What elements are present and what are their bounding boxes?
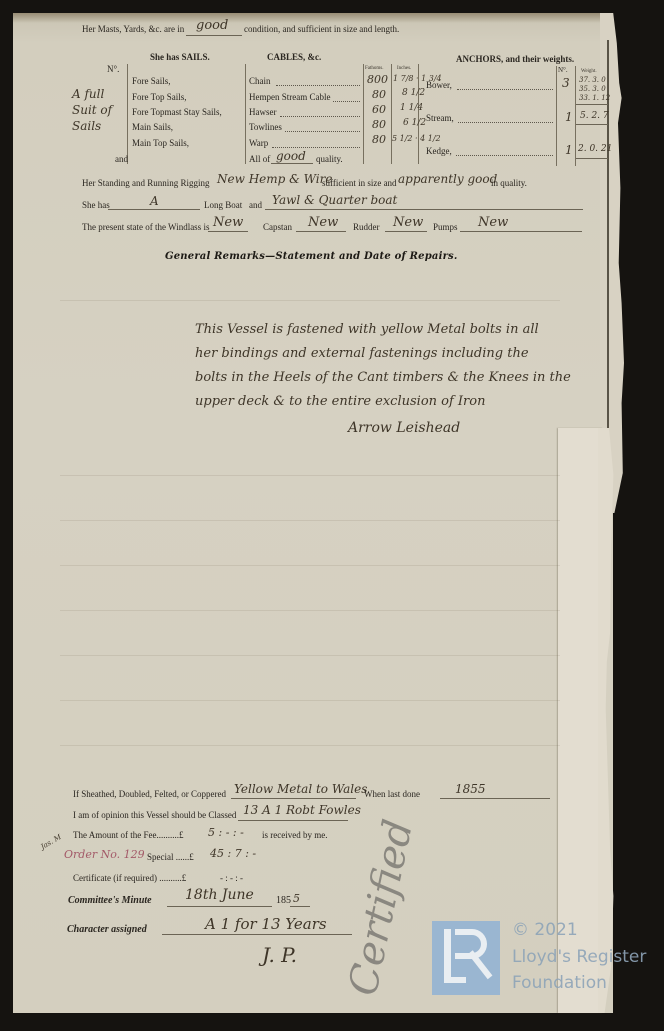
cables-quality-suffix: quality. (316, 154, 343, 164)
cable-fathoms: 80 (372, 88, 386, 101)
sails-no-header: N°. (107, 64, 119, 74)
ruled-line (60, 475, 560, 476)
sails-and-label: and (115, 154, 128, 164)
column-rule (556, 66, 557, 166)
character-assigned-label: Character assigned (67, 924, 147, 935)
order-number-note: Order No. 129 (64, 848, 145, 861)
document-page (13, 13, 613, 1013)
cable-inches: 5 1/2 · 4 1/2 (392, 134, 441, 143)
anchor-no-header: N°. (558, 66, 568, 74)
special-value: 45 : 7 : - (210, 847, 256, 860)
fee-value: 5 : - : - (208, 826, 244, 839)
ruled-line (60, 565, 560, 566)
leader-dots (280, 116, 360, 117)
cable-inches: 6 1/2 (403, 118, 426, 128)
remarks-line: her bindings and external fastenings inc… (195, 346, 529, 361)
fathoms-header: Fathoms. (365, 66, 383, 71)
initials-signature: J. P. (262, 943, 297, 967)
ruled-line (60, 610, 560, 611)
sail-item: Main Sails, (132, 122, 173, 132)
underline (290, 906, 310, 907)
cable-label: Warp (249, 138, 268, 148)
anchor-weight: 33. 1. 12 (579, 94, 610, 102)
rudder-value: New (393, 215, 423, 230)
ruled-line (60, 655, 560, 656)
leader-dots (285, 131, 360, 132)
anchor-label: Bower, (426, 80, 452, 90)
anchor-weight-header: Weight. (581, 69, 597, 74)
underline (576, 158, 608, 159)
anchor-no: 1 (565, 143, 573, 157)
certificate-label: Certificate (if required) ..........£ (73, 873, 186, 883)
certificate-value: - : - : - (220, 873, 243, 883)
general-remarks-heading: General Remarks—Statement and Date of Re… (165, 251, 458, 262)
anchor-no: 1 (565, 110, 573, 124)
anchor-weight: 2. 0. 21 (578, 144, 612, 154)
anchor-label: Stream, (426, 113, 454, 123)
cable-label: Chain (249, 76, 271, 86)
rigging-quality-value: apparently good (398, 172, 497, 186)
leader-dots (276, 85, 360, 86)
ruled-line (60, 300, 560, 301)
underline (208, 231, 248, 232)
fee-suffix: is received by me. (262, 830, 327, 840)
masts-label: Her Masts, Yards, &c. are in (82, 24, 184, 34)
underline (231, 798, 356, 799)
leader-dots (457, 89, 553, 90)
underline (576, 124, 608, 125)
pumps-label: Pumps (433, 222, 458, 232)
sail-item: Main Top Sails, (132, 138, 189, 148)
lr-logo-l-stroke (444, 929, 451, 983)
watermark-copyright: © 2021 (512, 920, 578, 940)
windlass-value: New (213, 215, 243, 230)
underline (460, 231, 582, 232)
boats-and: and (249, 200, 262, 210)
cable-inches: 1 1/4 (400, 103, 423, 113)
anchor-label: Kedge, (426, 146, 452, 156)
sail-item: Fore Sails, (132, 76, 171, 86)
sail-item: Fore Top Sails, (132, 92, 186, 102)
cable-label: Hawser (249, 107, 277, 117)
pumps-value: New (478, 215, 508, 230)
watermark-line2: Foundation (512, 973, 607, 993)
sails-header: She has SAILS. (150, 52, 210, 62)
underline (186, 35, 242, 36)
watermark-line1: Lloyd's Register (512, 947, 646, 967)
boats-label: She has (82, 200, 110, 210)
committee-minute-date: 18th June (185, 887, 254, 903)
column-rule (127, 64, 128, 164)
rudder-label: Rudder (353, 222, 380, 232)
leader-dots (458, 122, 553, 123)
cable-fathoms: 60 (372, 103, 386, 116)
cables-quality-label: All of (249, 154, 270, 164)
cable-label: Towlines (249, 122, 282, 132)
rigging-value: New Hemp & Wire (217, 172, 332, 186)
underline (238, 820, 348, 821)
cable-fathoms: 80 (372, 133, 386, 146)
underline (576, 104, 608, 105)
remarks-line: This Vessel is fastened with yellow Meta… (195, 322, 539, 337)
classed-value: 13 A 1 Robt Fowles (243, 803, 361, 817)
sheathed-value: Yellow Metal to Wales (234, 782, 367, 796)
ruled-line (60, 700, 560, 701)
remarks-line: upper deck & to the entire exclusion of … (195, 394, 485, 409)
leader-dots (456, 155, 553, 156)
cable-inches: 8 1/2 (402, 88, 425, 98)
classed-label: I am of opinion this Vessel should be Cl… (73, 810, 236, 820)
masts-condition-value: good (196, 18, 228, 33)
anchor-no: 3 (562, 76, 570, 90)
column-rule (245, 64, 246, 164)
committee-minute-label: Committee's Minute (68, 895, 152, 906)
rigging-label: Her Standing and Running Rigging (82, 178, 210, 188)
sheathed-label: If Sheathed, Doubled, Felted, or Coppere… (73, 789, 226, 799)
committee-year-prefix: 185 (276, 895, 291, 906)
other-boats-value: Yawl & Quarter boat (272, 193, 397, 207)
underline (265, 209, 583, 210)
anchor-weight: 5. 2. 7 (580, 111, 609, 121)
when-last-done-value: 1855 (455, 782, 486, 796)
anchor-weight: 35. 3. 0 (579, 85, 606, 93)
leader-dots (333, 101, 360, 102)
rigging-middle: sufficient in size and (322, 178, 397, 188)
ruled-line (60, 745, 560, 746)
remarks-line: bolts in the Heels of the Cant timbers &… (195, 370, 571, 385)
capstan-value: New (308, 215, 338, 230)
underline (440, 798, 550, 799)
capstan-label: Capstan (263, 222, 292, 232)
underline (162, 934, 352, 935)
leader-dots (272, 147, 360, 148)
underline (271, 163, 313, 164)
anchors-header: ANCHORS, and their weights. (456, 54, 574, 64)
cables-header: CABLES, &c. (267, 52, 321, 62)
underline (167, 906, 272, 907)
column-rule (363, 64, 364, 164)
sail-item: Fore Topmast Stay Sails, (132, 107, 222, 117)
lr-logo-l-base (444, 977, 466, 983)
cable-label: Hempen Stream Cable (249, 92, 330, 102)
rigging-suffix: in quality. (491, 178, 527, 188)
column-rule (575, 66, 576, 166)
windlass-label: The present state of the Windlass is (82, 222, 209, 232)
special-label: Special ......£ (147, 852, 194, 862)
cable-fathoms: 80 (372, 118, 386, 131)
character-assigned-value: A 1 for 13 Years (205, 915, 327, 933)
surveyor-signature: Arrow Leishead (348, 420, 460, 436)
cable-fathoms: 800 (367, 73, 388, 86)
underline (108, 209, 200, 210)
column-rule (391, 64, 392, 164)
sails-handwritten-note: A full Suit of Sails (72, 86, 127, 134)
ruled-line (60, 520, 560, 521)
underline (385, 231, 427, 232)
cables-quality-value: good (276, 149, 306, 163)
masts-suffix: condition, and sufficient in size and le… (244, 24, 399, 34)
fee-label: The Amount of the Fee..........£ (73, 830, 183, 840)
long-boat-label: Long Boat (204, 200, 242, 210)
committee-year-suffix: 5 (293, 892, 300, 905)
when-last-done-label: When last done (364, 789, 420, 799)
inches-header: Inches. (397, 66, 411, 71)
anchor-weight: 37. 3. 0 (579, 76, 606, 84)
underline (296, 231, 346, 232)
long-boat-value: A (150, 194, 159, 208)
